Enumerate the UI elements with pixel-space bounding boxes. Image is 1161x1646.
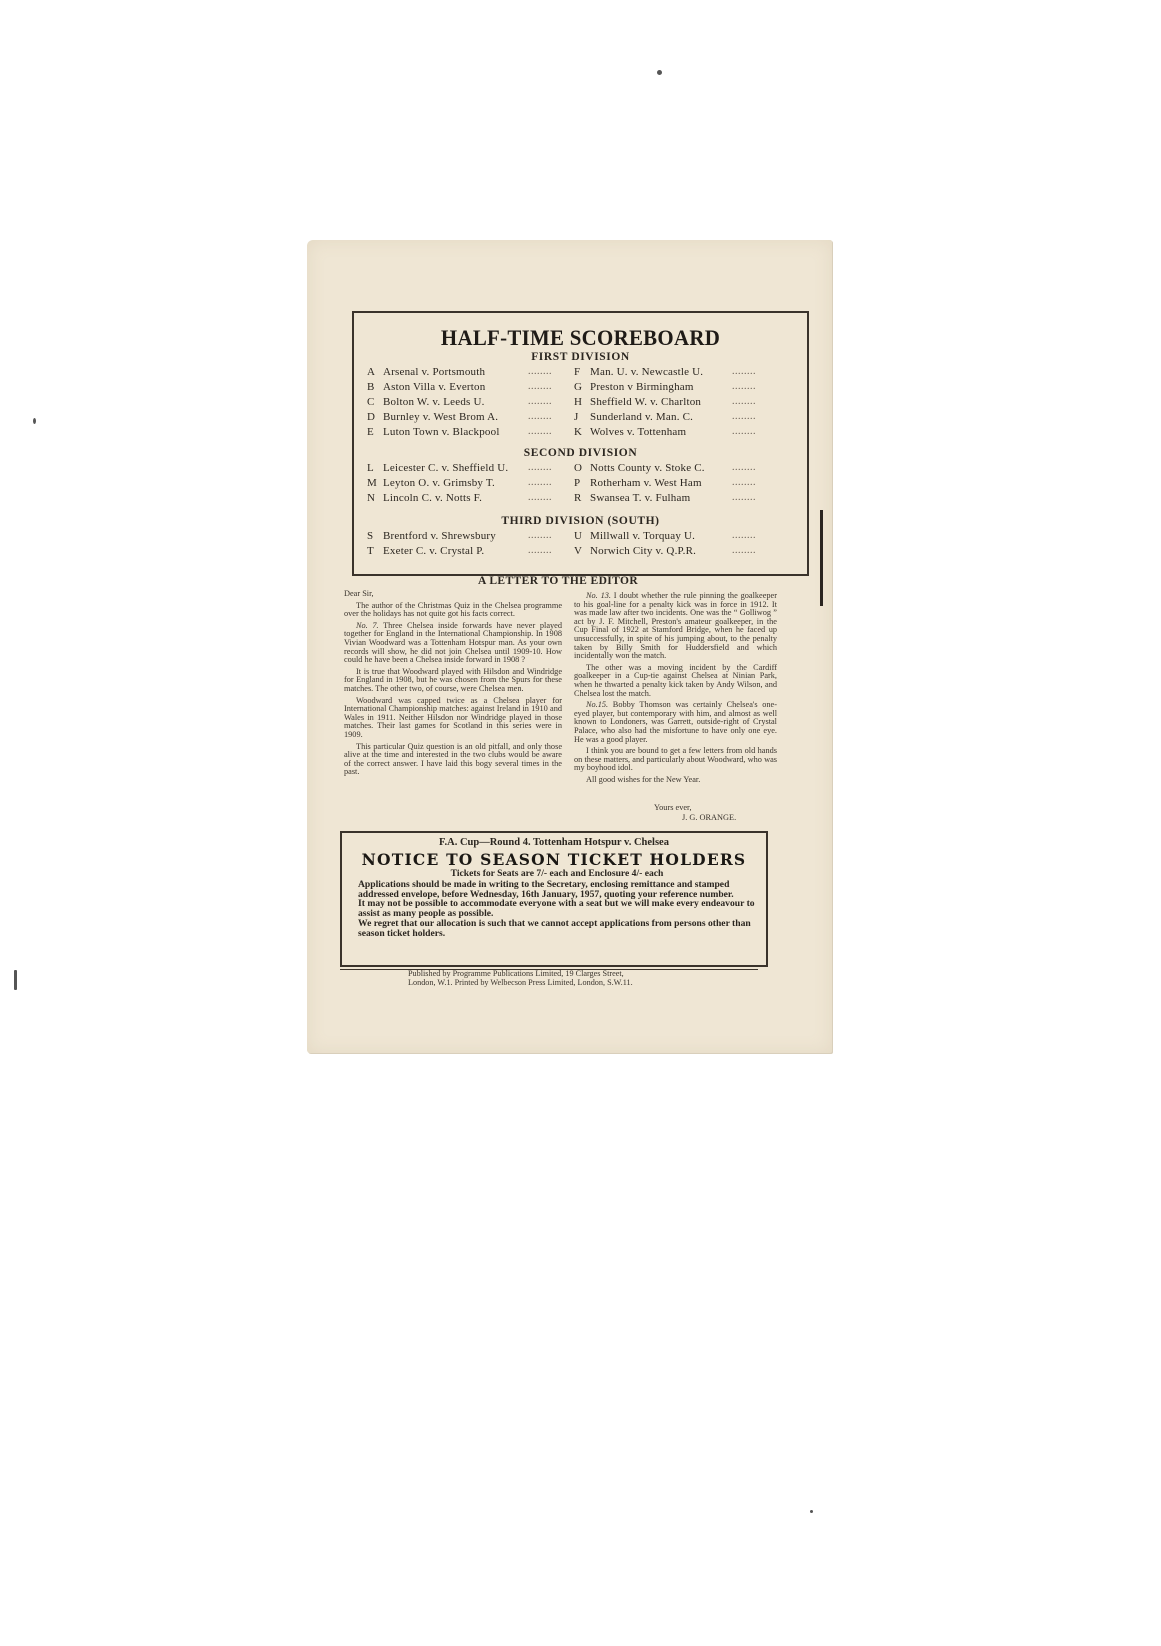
fixture-code: R [574, 492, 590, 504]
fixture-code: A [367, 366, 383, 378]
score-blank: ........ [528, 411, 552, 422]
letter-closing: Yours ever, [654, 803, 692, 812]
fixture-teams: Sunderland v. Man. C. [590, 411, 693, 423]
division-heading: THIRD DIVISION (SOUTH) [354, 515, 807, 527]
score-blank: ........ [528, 545, 552, 556]
letter-paragraph: It is true that Woodward played with Hil… [344, 668, 562, 694]
score-blank: ........ [732, 530, 756, 541]
scan-speck [810, 1510, 813, 1513]
fixture-code: F [574, 366, 590, 378]
score-blank: ........ [732, 366, 756, 377]
fixture-teams: Bolton W. v. Leeds U. [383, 396, 485, 408]
fixture-teams: Aston Villa v. Everton [383, 381, 485, 393]
fixture-teams: Preston v Birmingham [590, 381, 694, 393]
half-time-scoreboard: HALF-TIME SCOREBOARD FIRST DIVISIONAArse… [352, 311, 809, 576]
fixture-code: T [367, 545, 383, 557]
fixture-code: V [574, 545, 590, 557]
letter-paragraph: All good wishes for the New Year. [574, 776, 777, 785]
fixture-teams: Burnley v. West Brom A. [383, 411, 498, 423]
fixture: ELuton Town v. Blackpool [367, 426, 500, 438]
fixture-teams: Leyton O. v. Grimsby T. [383, 477, 495, 489]
letter-paragraph: The other was a moving incident by the C… [574, 664, 777, 698]
page-edge-shadow [820, 510, 823, 606]
letter-paragraph: No. 13. I doubt whether the rule pinning… [574, 592, 777, 661]
fixture: FMan. U. v. Newcastle U. [574, 366, 703, 378]
fixture: BAston Villa v. Everton [367, 381, 485, 393]
score-blank: ........ [732, 426, 756, 437]
letter-salutation: Dear Sir, [344, 590, 562, 599]
notice-line: We regret that our allocation is such th… [358, 919, 756, 939]
score-blank: ........ [528, 477, 552, 488]
imprint-line: London, W.1. Printed by Welbecson Press … [408, 979, 633, 988]
fixture: UMillwall v. Torquay U. [574, 530, 695, 542]
letter-column-left: Dear Sir, The author of the Christmas Qu… [344, 590, 562, 780]
score-blank: ........ [528, 426, 552, 437]
fixture: NLincoln C. v. Notts F. [367, 492, 482, 504]
letter-signature: J. G. ORANGE. [682, 813, 736, 822]
letter-paragraph: This particular Quiz question is an old … [344, 743, 562, 777]
score-blank: ........ [732, 381, 756, 392]
fixture: MLeyton O. v. Grimsby T. [367, 477, 495, 489]
fixture: AArsenal v. Portsmouth [367, 366, 485, 378]
fixture-code: L [367, 462, 383, 474]
fixture: CBolton W. v. Leeds U. [367, 396, 485, 408]
fixture-teams: Man. U. v. Newcastle U. [590, 366, 703, 378]
fixture: DBurnley v. West Brom A. [367, 411, 498, 423]
fixture-teams: Rotherham v. West Ham [590, 477, 702, 489]
fixture-teams: Millwall v. Torquay U. [590, 530, 695, 542]
score-blank: ........ [732, 545, 756, 556]
score-blank: ........ [732, 396, 756, 407]
fixture-teams: Luton Town v. Blackpool [383, 426, 500, 438]
score-blank: ........ [528, 530, 552, 541]
notice-line: It may not be possible to accommodate ev… [358, 899, 756, 919]
fixture-teams: Sheffield W. v. Charlton [590, 396, 701, 408]
fixture: HSheffield W. v. Charlton [574, 396, 701, 408]
fixture-teams: Leicester C. v. Sheffield U. [383, 462, 508, 474]
letter-paragraph: The author of the Christmas Quiz in the … [344, 602, 562, 619]
score-blank: ........ [528, 492, 552, 503]
fixture-teams: Swansea T. v. Fulham [590, 492, 690, 504]
scan-speck [657, 70, 662, 75]
fixture-code: K [574, 426, 590, 438]
notice-prices: Tickets for Seats are 7/- each and Enclo… [358, 869, 756, 879]
notice-line: Applications should be made in writing t… [358, 880, 756, 900]
letter-paragraph: No. 7. Three Chelsea inside forwards hav… [344, 622, 562, 665]
fixture: KWolves v. Tottenham [574, 426, 686, 438]
fixture-code: G [574, 381, 590, 393]
score-blank: ........ [528, 462, 552, 473]
fixture-teams: Wolves v. Tottenham [590, 426, 686, 438]
fixture-teams: Exeter C. v. Crystal P. [383, 545, 484, 557]
fixture-code: C [367, 396, 383, 408]
fixture-teams: Lincoln C. v. Notts F. [383, 492, 482, 504]
fixture-code: U [574, 530, 590, 542]
scan-speck [33, 418, 36, 424]
notice-body: Tickets for Seats are 7/- each and Enclo… [358, 869, 756, 939]
season-ticket-notice: F.A. Cup—Round 4. Tottenham Hotspur v. C… [340, 831, 768, 967]
fixture-teams: Norwich City v. Q.P.R. [590, 545, 696, 557]
fixture-code: E [367, 426, 383, 438]
fixture: ONotts County v. Stoke C. [574, 462, 705, 474]
fixture: JSunderland v. Man. C. [574, 411, 693, 423]
fixture: LLeicester C. v. Sheffield U. [367, 462, 508, 474]
letter-paragraph: No.15. Bobby Thomson was certainly Chels… [574, 701, 777, 744]
fixture-code: H [574, 396, 590, 408]
score-blank: ........ [528, 366, 552, 377]
fixture-code: O [574, 462, 590, 474]
fixture-code: M [367, 477, 383, 489]
scan-speck [14, 970, 17, 990]
fixture: PRotherham v. West Ham [574, 477, 702, 489]
letter-paragraph: Woodward was capped twice as a Chelsea p… [344, 697, 562, 740]
division-heading: SECOND DIVISION [354, 447, 807, 459]
fixture-teams: Arsenal v. Portsmouth [383, 366, 485, 378]
score-blank: ........ [732, 492, 756, 503]
fixture-code: D [367, 411, 383, 423]
fixture: GPreston v Birmingham [574, 381, 694, 393]
letter-column-right: No. 13. I doubt whether the rule pinning… [574, 592, 777, 787]
score-blank: ........ [732, 411, 756, 422]
score-blank: ........ [528, 381, 552, 392]
notice-subtitle: F.A. Cup—Round 4. Tottenham Hotspur v. C… [342, 837, 766, 848]
fixture-code: P [574, 477, 590, 489]
fixture: VNorwich City v. Q.P.R. [574, 545, 696, 557]
imprint: Published by Programme Publications Limi… [408, 970, 633, 987]
fixture: SBrentford v. Shrewsbury [367, 530, 496, 542]
scoreboard-title: HALF-TIME SCOREBOARD [365, 325, 795, 351]
fixture: RSwansea T. v. Fulham [574, 492, 690, 504]
fixture-teams: Notts County v. Stoke C. [590, 462, 705, 474]
fixture: TExeter C. v. Crystal P. [367, 545, 484, 557]
division-heading: FIRST DIVISION [354, 351, 807, 363]
score-blank: ........ [732, 462, 756, 473]
letter-title: A LETTER TO THE EDITOR [478, 575, 638, 587]
letter-paragraph: I think you are bound to get a few lette… [574, 747, 777, 773]
fixture-code: N [367, 492, 383, 504]
score-blank: ........ [732, 477, 756, 488]
fixture-code: S [367, 530, 383, 542]
fixture-code: J [574, 411, 590, 423]
fixture-code: B [367, 381, 383, 393]
fixture-teams: Brentford v. Shrewsbury [383, 530, 496, 542]
score-blank: ........ [528, 396, 552, 407]
notice-title: NOTICE TO SEASON TICKET HOLDERS [342, 850, 766, 869]
